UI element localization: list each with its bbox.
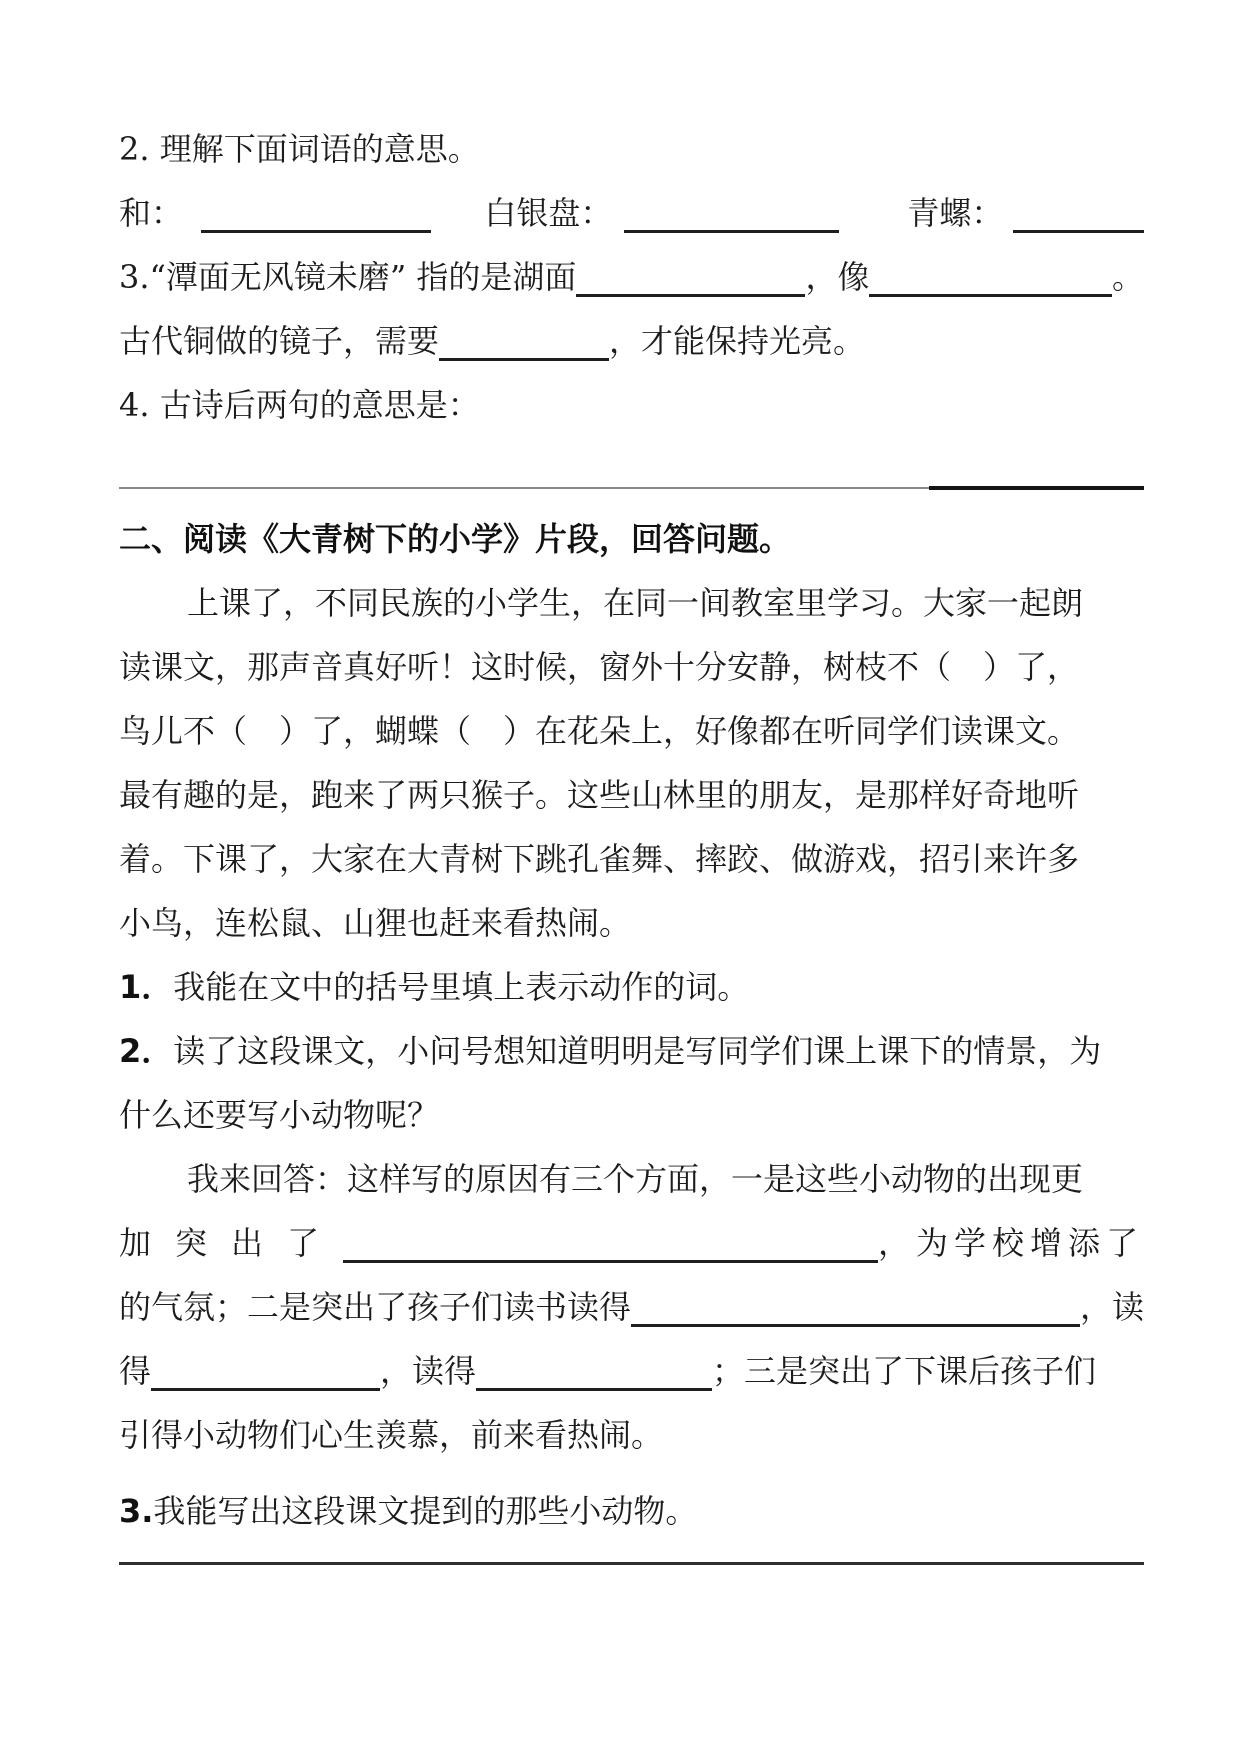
question-3-blank-2 [869,294,1112,297]
subquestion-1: 1． 我能在文中的括号里填上表示动作的词。 [119,955,1144,1019]
question-4-answer-line [119,437,1144,501]
question-4-text: 4. 古诗后两句的意思是： [119,373,480,437]
subquestion-1-text: 我能在文中的括号里填上表示动作的词。 [173,955,749,1019]
answer-line5-text: 引得小动物们心生羡慕，前来看热闹。 [119,1403,663,1467]
subquestion-3-number: 3. [119,1479,153,1543]
passage-line-2-text: 读课文，那声音真好听！这时候，窗外十分安静，树枝不（ ）了， [119,635,1079,699]
answer-line3-text-before: 的气氛；二是突出了孩子们读书读得 [119,1275,631,1339]
answer-paragraph-line-2: 加突出了 ，为学校增添了 [119,1211,1144,1275]
passage-line: 小鸟，连松鼠、山狸也赶来看热闹。 [119,891,1144,955]
subquestion-1-number: 1． [119,955,173,1019]
subquestion-2-line2-text: 什么还要写小动物呢？ [119,1083,439,1147]
answer-line2-text-after: ，为学校增添了 [878,1211,1144,1275]
subquestion-3: 3. 我能写出这段课文提到的那些小动物。 [119,1479,1144,1543]
subquestion-3-answer-rule [119,1562,1144,1565]
answer-blank-4 [476,1388,712,1391]
answer-line4-text-c: ；三是突出了下课后孩子们 [712,1339,1096,1403]
vocab-blank-baiyinpan [624,230,839,233]
answer-rule-dark-segment [929,486,1144,490]
vocab-label-qingluo: 青螺： [907,181,1003,245]
question-3-blank-3 [439,358,609,361]
passage-line-3-text: 鸟儿不（ ）了，蝴蝶（ ）在花朵上，好像都在听同学们读课文。 [119,699,1079,763]
question-2-understand-words: 2. 理解下面词语的意思。 [119,117,1144,181]
passage-line: 着。下课了，大家在大青树下跳孔雀舞、摔跤、做游戏，招引来许多 [119,827,1144,891]
answer-rule-gray-segment [119,487,929,489]
question-3-blank-1 [576,294,805,297]
answer-blank-1 [343,1260,878,1263]
passage-line: 最有趣的是，跑来了两只猴子。这些山林里的朋友，是那样好奇地听 [119,763,1144,827]
passage-line: 读课文，那声音真好听！这时候，窗外十分安静，树枝不（ ）了， [119,635,1144,699]
answer-line3-text-after: ，读 [1080,1275,1144,1339]
passage-line-5-text: 着。下课了，大家在大青树下跳孔雀舞、摔跤、做游戏，招引来许多 [119,827,1079,891]
subquestion-2-number: 2． [119,1019,173,1083]
answer-line4-text-a: 得 [119,1339,151,1403]
subquestion-2-line-2: 什么还要写小动物呢？ [119,1083,1144,1147]
answer-paragraph-line-5: 引得小动物们心生羡慕，前来看热闹。 [119,1403,1144,1467]
question-3-text-end: 。 [1112,245,1144,309]
worksheet-page: 2. 理解下面词语的意思。 和： 白银盘： 青螺： 3.“潭面无风镜未磨” 指的… [0,0,1241,1754]
section-two-heading-text: 二、阅读《大青树下的小学》片段，回答问题。 [119,507,791,571]
question-4-poem-meaning: 4. 古诗后两句的意思是： [119,373,1144,437]
vocab-blank-he [201,230,431,233]
subquestion-3-text: 我能写出这段课文提到的那些小动物。 [153,1479,697,1543]
vocab-blank-qingluo [1013,230,1144,233]
passage-line-1-text: 上课了，不同民族的小学生，在同一间教室里学习。大家一起朗 [187,571,1083,635]
question-3-text-middle: ，像 [805,245,869,309]
section-two-heading: 二、阅读《大青树下的小学》片段，回答问题。 [119,507,1144,571]
question-2-text: 2. 理解下面词语的意思。 [119,117,480,181]
question-3-line-1: 3.“潭面无风镜未磨” 指的是湖面 ，像 。 [119,245,1144,309]
subquestion-2-line1-text: 读了这段课文，小问号想知道明明是写同学们课上课下的情景，为 [173,1019,1101,1083]
vocab-label-he: 和： [119,181,183,245]
passage-line-6-text: 小鸟，连松鼠、山狸也赶来看热闹。 [119,891,631,955]
answer-paragraph-line-1: 我来回答：这样写的原因有三个方面，一是这些小动物的出现更 [119,1147,1144,1211]
answer-line1-text: 我来回答：这样写的原因有三个方面，一是这些小动物的出现更 [187,1147,1083,1211]
question-3-line2-text-after: ，才能保持光亮。 [609,309,865,373]
answer-blank-2 [631,1324,1080,1327]
vocab-label-baiyinpan: 白银盘： [484,181,612,245]
question-3-text-before: 3.“潭面无风镜未磨” 指的是湖面 [119,245,576,309]
answer-line4-text-b: ，读得 [380,1339,476,1403]
answer-paragraph-line-4: 得 ，读得 ；三是突出了下课后孩子们 [119,1339,1144,1403]
question-3-line2-text-before: 古代铜做的镜子，需要 [119,309,439,373]
passage-line-4-text: 最有趣的是，跑来了两只猴子。这些山林里的朋友，是那样好奇地听 [119,763,1079,827]
vocab-blanks-row: 和： 白银盘： 青螺： [119,181,1144,245]
answer-line2-text-before: 加突出了 [119,1211,343,1275]
subquestion-2-line-1: 2． 读了这段课文，小问号想知道明明是写同学们课上课下的情景，为 [119,1019,1144,1083]
passage-line: 上课了，不同民族的小学生，在同一间教室里学习。大家一起朗 [119,571,1144,635]
question-3-line-2: 古代铜做的镜子，需要 ，才能保持光亮。 [119,309,1144,373]
answer-paragraph-line-3: 的气氛；二是突出了孩子们读书读得 ，读 [119,1275,1144,1339]
answer-blank-3 [151,1388,380,1391]
passage-line: 鸟儿不（ ）了，蝴蝶（ ）在花朵上，好像都在听同学们读课文。 [119,699,1144,763]
